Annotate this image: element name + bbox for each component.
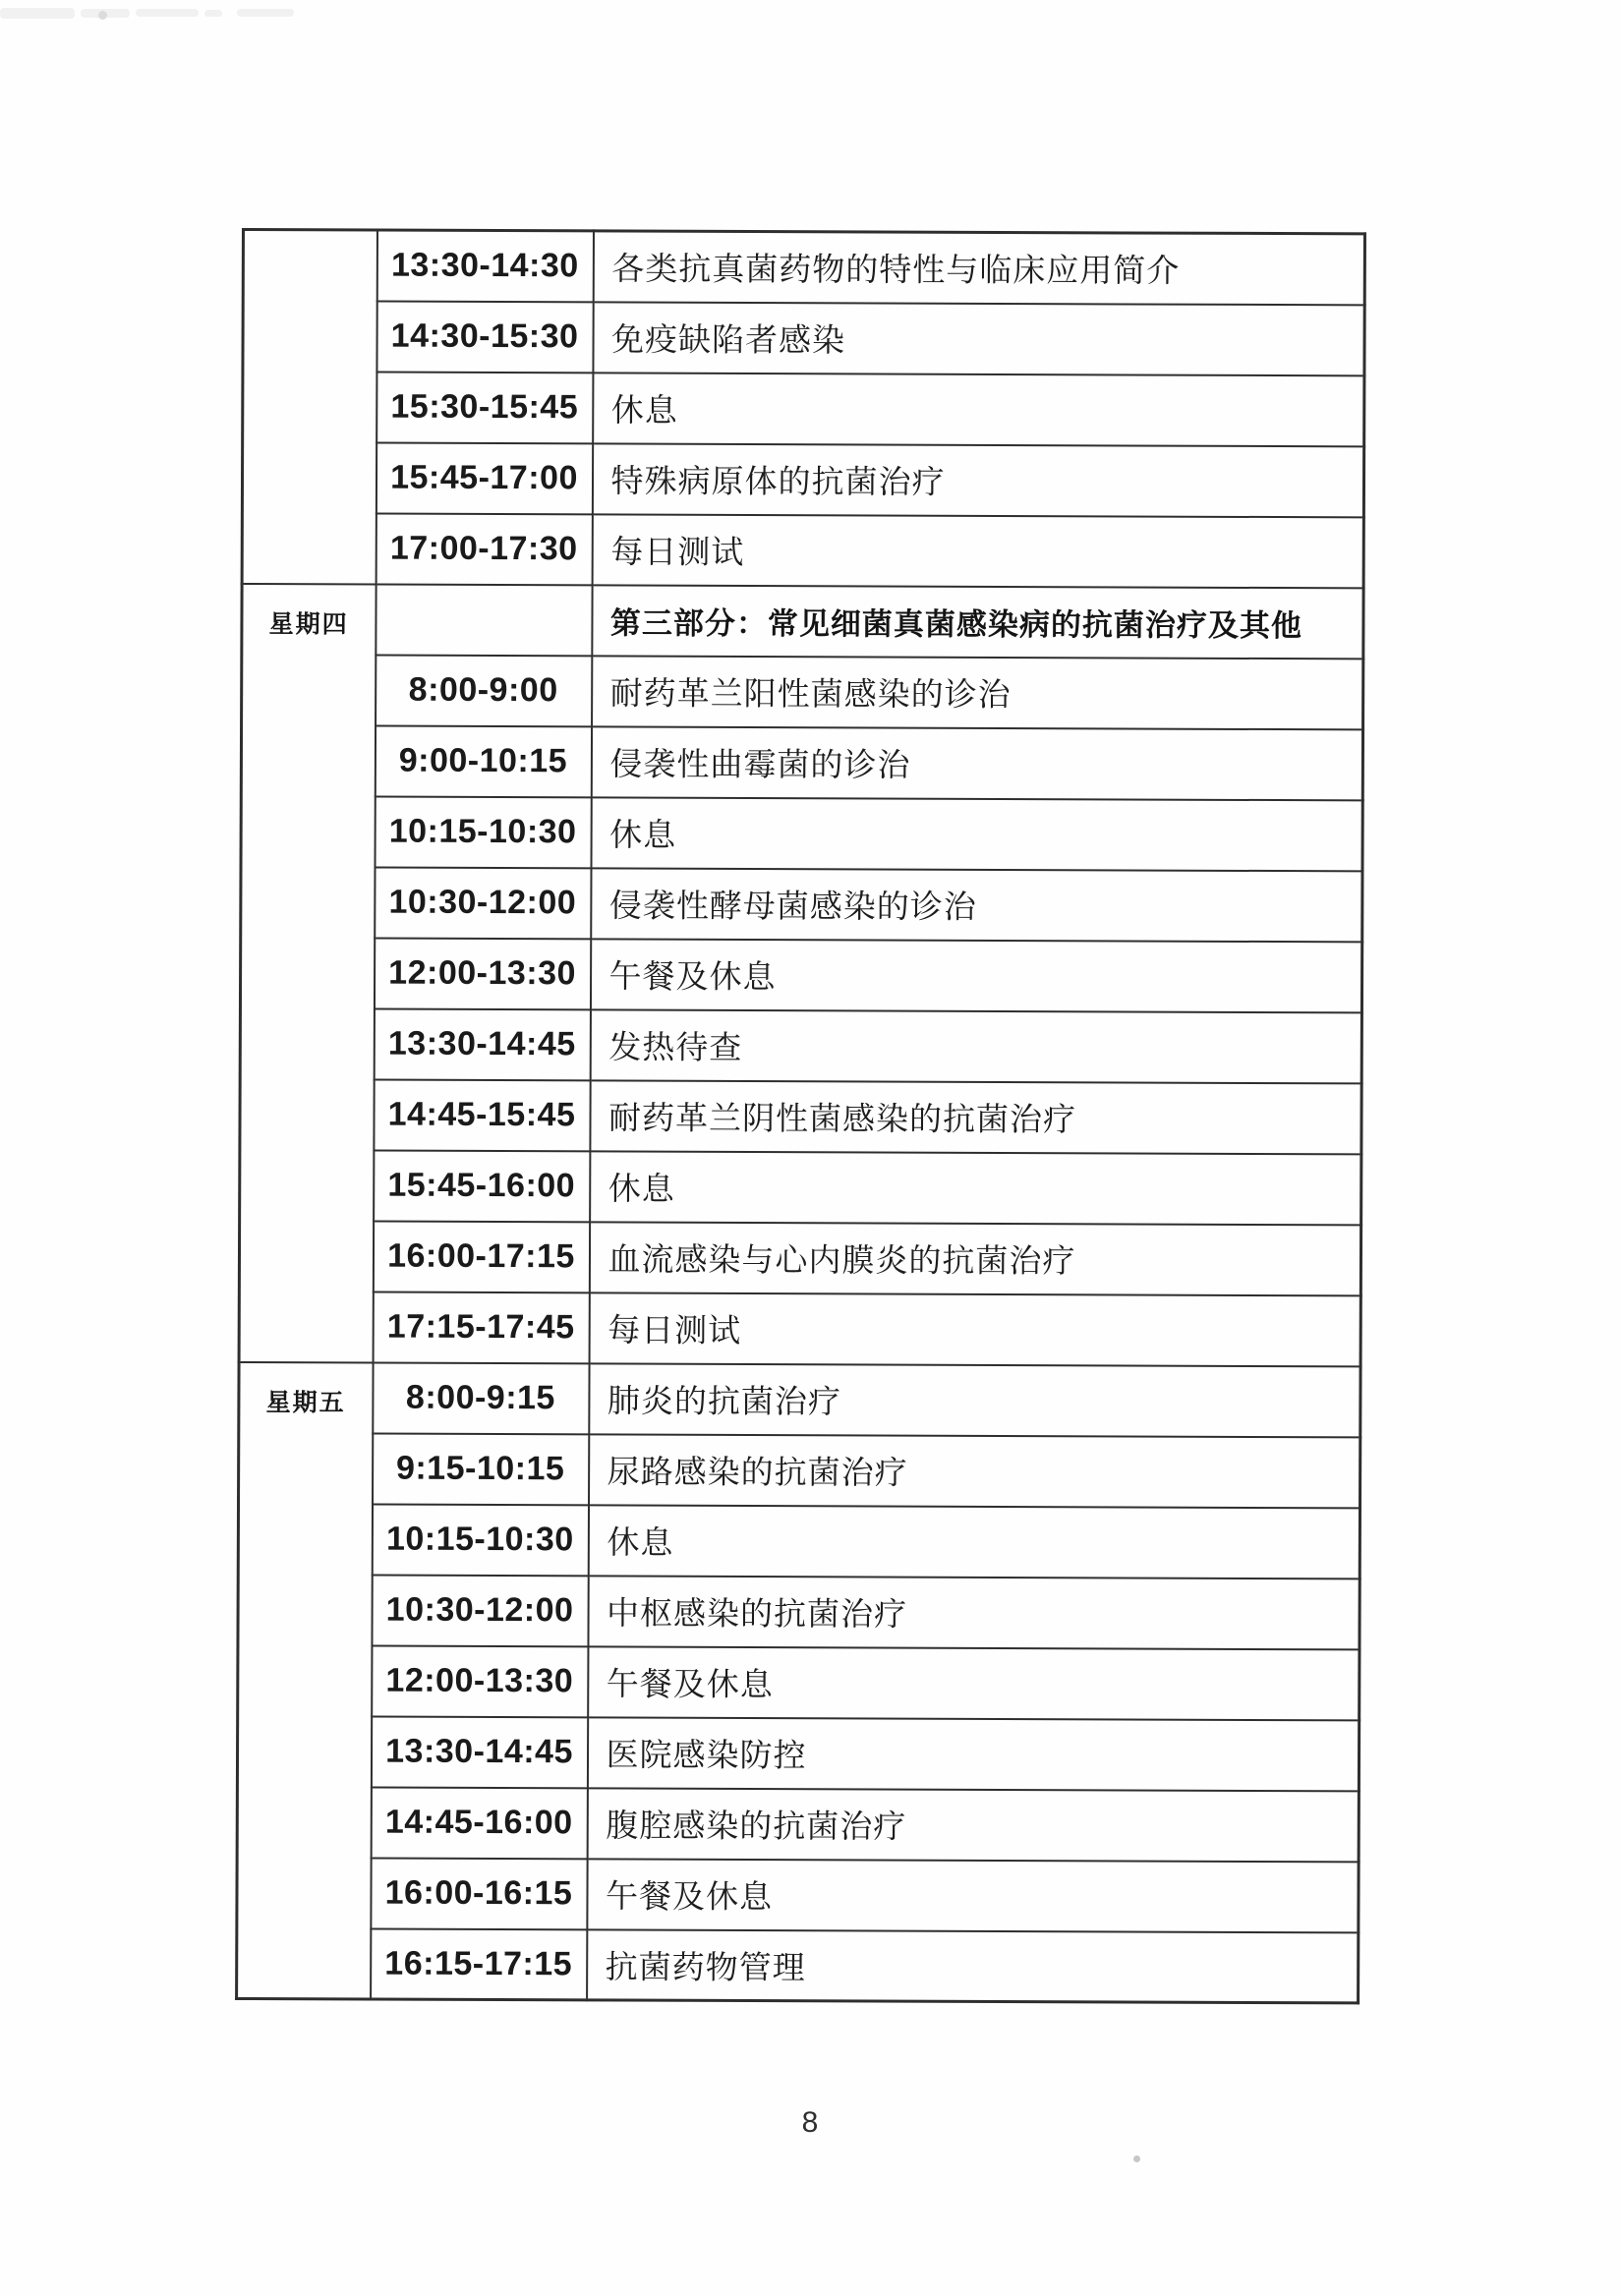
activity-cell: 休息 xyxy=(590,1151,1361,1225)
activity-cell: 免疫缺陷者感染 xyxy=(593,302,1364,375)
table-row: 星期五 8:00-9:15 肺炎的抗菌治疗 xyxy=(239,1361,1360,1436)
activity-cell: 午餐及休息 xyxy=(587,1859,1359,1932)
time-cell: 8:00-9:00 xyxy=(376,655,592,726)
activity-cell: 每日测试 xyxy=(592,514,1363,588)
table-row: 16:00-17:15 血流感染与心内膜炎的抗菌治疗 xyxy=(239,1220,1360,1294)
table-row: 13:30-14:45 发热待查 xyxy=(240,1007,1361,1082)
table-row: 13:30-14:45 医院感染防控 xyxy=(237,1715,1359,1790)
time-cell: 14:45-15:45 xyxy=(374,1079,590,1151)
activity-cell: 特殊病原体的抗菌治疗 xyxy=(592,443,1363,517)
table-row: 9:15-10:15 尿路感染的抗菌治疗 xyxy=(239,1432,1360,1507)
activity-cell: 午餐及休息 xyxy=(590,939,1361,1012)
scan-artifact xyxy=(204,10,222,17)
time-cell: 12:00-13:30 xyxy=(374,938,590,1009)
table-row: 15:30-15:45 休息 xyxy=(243,372,1364,446)
table-row: 16:15-17:15 抗菌药物管理 xyxy=(237,1927,1359,2002)
activity-cell: 午餐及休息 xyxy=(588,1646,1360,1720)
activity-cell: 肺炎的抗菌治疗 xyxy=(589,1363,1360,1437)
day-cell-friday: 星期五 xyxy=(237,1361,373,1999)
table-row: 15:45-17:00 特殊病原体的抗菌治疗 xyxy=(242,442,1363,517)
table-row: 10:30-12:00 侵袭性酵母菌感染的诊治 xyxy=(241,867,1362,942)
activity-cell: 医院感染防控 xyxy=(587,1717,1359,1791)
time-cell: 10:15-10:30 xyxy=(375,796,591,868)
table-row: 10:30-12:00 中枢感染的抗菌治疗 xyxy=(238,1574,1360,1648)
table-row: 14:45-16:00 腹腔感染的抗菌治疗 xyxy=(237,1786,1359,1861)
activity-cell: 侵袭性酵母菌感染的诊治 xyxy=(591,868,1362,942)
section-header-cell: 第三部分：常见细菌真菌感染病的抗菌治疗及其他 xyxy=(592,585,1363,659)
document-page: 13:30-14:30 各类抗真菌药物的特性与临床应用简介 14:30-15:3… xyxy=(0,0,1620,2296)
table-row: 10:15-10:30 休息 xyxy=(241,796,1362,871)
time-cell: 17:15-17:45 xyxy=(373,1291,589,1363)
table-row: 10:15-10:30 休息 xyxy=(238,1503,1360,1578)
table-row: 9:00-10:15 侵袭性曲霉菌的诊治 xyxy=(241,725,1362,800)
schedule-table: 13:30-14:30 各类抗真菌药物的特性与临床应用简介 14:30-15:3… xyxy=(235,228,1366,2004)
activity-cell: 抗菌药物管理 xyxy=(587,1929,1359,2003)
scan-artifact xyxy=(237,9,294,17)
time-cell: 16:00-16:15 xyxy=(371,1858,587,1929)
table-row: 8:00-9:00 耐药革兰阳性菌感染的诊治 xyxy=(242,655,1363,729)
table-row: 14:30-15:30 免疫缺陷者感染 xyxy=(243,301,1364,375)
activity-cell: 腹腔感染的抗菌治疗 xyxy=(587,1788,1359,1862)
scan-artifact xyxy=(98,11,107,20)
time-cell: 17:00-17:30 xyxy=(376,513,592,585)
time-cell: 14:30-15:30 xyxy=(376,301,593,373)
time-cell: 15:45-17:00 xyxy=(376,442,592,514)
time-cell: 13:30-14:45 xyxy=(371,1716,587,1788)
time-cell: 10:30-12:00 xyxy=(372,1575,588,1646)
scan-artifact xyxy=(136,9,199,17)
activity-cell: 休息 xyxy=(593,373,1364,446)
time-cell: 13:30-14:45 xyxy=(374,1008,590,1080)
day-cell-blank xyxy=(242,230,376,585)
time-cell: 15:45-16:00 xyxy=(374,1150,590,1222)
scan-dot xyxy=(1133,2155,1140,2162)
table-row: 17:00-17:30 每日测试 xyxy=(242,513,1363,588)
time-cell: 14:45-16:00 xyxy=(371,1787,587,1859)
table-row: 12:00-13:30 午餐及休息 xyxy=(238,1644,1360,1719)
activity-cell: 侵袭性曲霉菌的诊治 xyxy=(591,726,1362,800)
activity-cell: 耐药革兰阴性菌感染的抗菌治疗 xyxy=(590,1080,1361,1154)
time-cell xyxy=(376,584,592,656)
time-cell: 10:15-10:30 xyxy=(372,1504,588,1576)
activity-cell: 休息 xyxy=(588,1505,1360,1578)
activity-cell: 中枢感染的抗菌治疗 xyxy=(588,1576,1360,1649)
activity-cell: 血流感染与心内膜炎的抗菌治疗 xyxy=(589,1222,1360,1295)
table-row: 17:15-17:45 每日测试 xyxy=(239,1291,1360,1365)
time-cell: 10:30-12:00 xyxy=(375,867,591,939)
activity-cell: 尿路感染的抗菌治疗 xyxy=(589,1434,1360,1508)
time-cell: 8:00-9:15 xyxy=(373,1362,589,1434)
scan-artifact xyxy=(0,8,75,19)
time-cell: 15:30-15:45 xyxy=(376,372,593,443)
activity-cell: 休息 xyxy=(591,797,1362,871)
table-row: 16:00-16:15 午餐及休息 xyxy=(237,1857,1359,1931)
time-cell: 13:30-14:30 xyxy=(376,230,593,302)
table-row: 星期四 第三部分：常见细菌真菌感染病的抗菌治疗及其他 xyxy=(242,584,1363,659)
day-cell-thursday: 星期四 xyxy=(239,584,376,1363)
time-cell: 16:15-17:15 xyxy=(371,1928,587,2000)
time-cell: 9:00-10:15 xyxy=(375,725,591,797)
page-number: 8 xyxy=(0,2106,1620,2140)
activity-cell: 每日测试 xyxy=(589,1292,1360,1366)
activity-cell: 耐药革兰阳性菌感染的诊治 xyxy=(592,656,1363,729)
activity-cell: 发热待查 xyxy=(590,1009,1361,1083)
time-cell: 12:00-13:30 xyxy=(372,1645,588,1717)
table-row: 15:45-16:00 休息 xyxy=(240,1149,1361,1224)
time-cell: 16:00-17:15 xyxy=(373,1221,589,1292)
activity-cell: 各类抗真菌药物的特性与临床应用简介 xyxy=(593,231,1364,305)
table-row: 12:00-13:30 午餐及休息 xyxy=(240,938,1361,1012)
time-cell: 9:15-10:15 xyxy=(373,1433,589,1505)
table-row: 14:45-15:45 耐药革兰阴性菌感染的抗菌治疗 xyxy=(240,1078,1361,1153)
table-row: 13:30-14:30 各类抗真菌药物的特性与临床应用简介 xyxy=(243,230,1364,305)
